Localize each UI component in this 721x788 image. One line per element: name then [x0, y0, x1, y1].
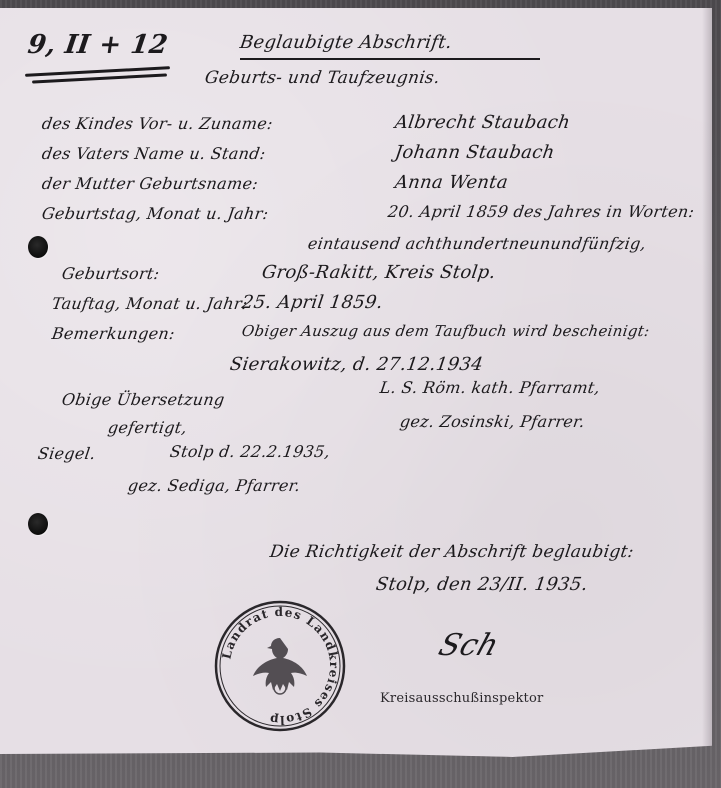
place-date-sierakowitz: Sierakowitz, d. 27.12.1934	[229, 354, 485, 375]
field-label-child-name: des Kindes Vor- u. Zuname:	[41, 114, 274, 133]
field-value-birth-place: Groß-Rakitt, Kreis Stolp.	[261, 262, 497, 283]
parish-signature: gez. Zosinski, Pfarrer.	[399, 412, 586, 431]
reference-number: 9, II + 12	[26, 30, 170, 60]
certification-place-date: Stolp, den 23/II. 1935.	[375, 574, 590, 595]
certifier-title: Kreisausschußinspektor	[380, 691, 543, 706]
field-label-birth-place: Geburtsort:	[61, 264, 161, 283]
field-value-baptism-date: 25. April 1859.	[241, 292, 385, 313]
field-label-birth-date: Geburtstag, Monat u. Jahr:	[41, 204, 270, 223]
translator-signature: gez. Sediga, Pfarrer.	[127, 476, 302, 495]
place-date-stolp-1: Stolp d. 22.2.1935,	[169, 442, 332, 461]
punch-hole-bottom	[28, 513, 48, 535]
translation-note-line1: Obige Übersetzung	[61, 390, 226, 409]
document-page: 9, II + 12 Beglaubigte Abschrift. Geburt…	[0, 8, 712, 757]
parish-seal-note: L. S. Röm. kath. Pfarramt,	[379, 378, 602, 397]
stamp-graphic: Landrat des Landkreises Stolp	[212, 598, 348, 734]
field-value-father-name: Johann Staubach	[394, 142, 557, 163]
translation-note-line2: gefertigt,	[107, 418, 189, 437]
field-label-remarks: Bemerkungen:	[51, 324, 176, 343]
official-stamp: Landrat des Landkreises Stolp	[212, 598, 348, 734]
document-subtitle: Geburts- und Taufzeugnis.	[204, 68, 442, 88]
field-value-remarks: Obiger Auszug aus dem Taufbuch wird besc…	[241, 322, 651, 340]
title-underline	[240, 58, 540, 60]
punch-hole-top	[28, 236, 48, 258]
seal-label: Siegel.	[37, 444, 97, 463]
eagle-icon	[253, 638, 307, 694]
field-label-father-name: des Vaters Name u. Stand:	[41, 144, 267, 163]
field-value-birth-date: 20. April 1859 des Jahres in Worten:	[387, 202, 696, 221]
field-value-birth-date-words: eintausend achthundertneunundfünfzig,	[307, 234, 648, 253]
field-label-mother-maiden-name: der Mutter Geburtsname:	[41, 174, 260, 193]
document-title: Beglaubigte Abschrift.	[239, 32, 454, 53]
field-value-child-name: Albrecht Staubach	[394, 112, 572, 133]
certification-statement: Die Richtigkeit der Abschrift beglaubigt…	[269, 542, 636, 562]
certifier-signature: Sch	[434, 628, 503, 663]
field-label-baptism-date: Tauftag, Monat u. Jahr:	[51, 294, 249, 313]
field-value-mother-maiden-name: Anna Wenta	[394, 172, 510, 193]
